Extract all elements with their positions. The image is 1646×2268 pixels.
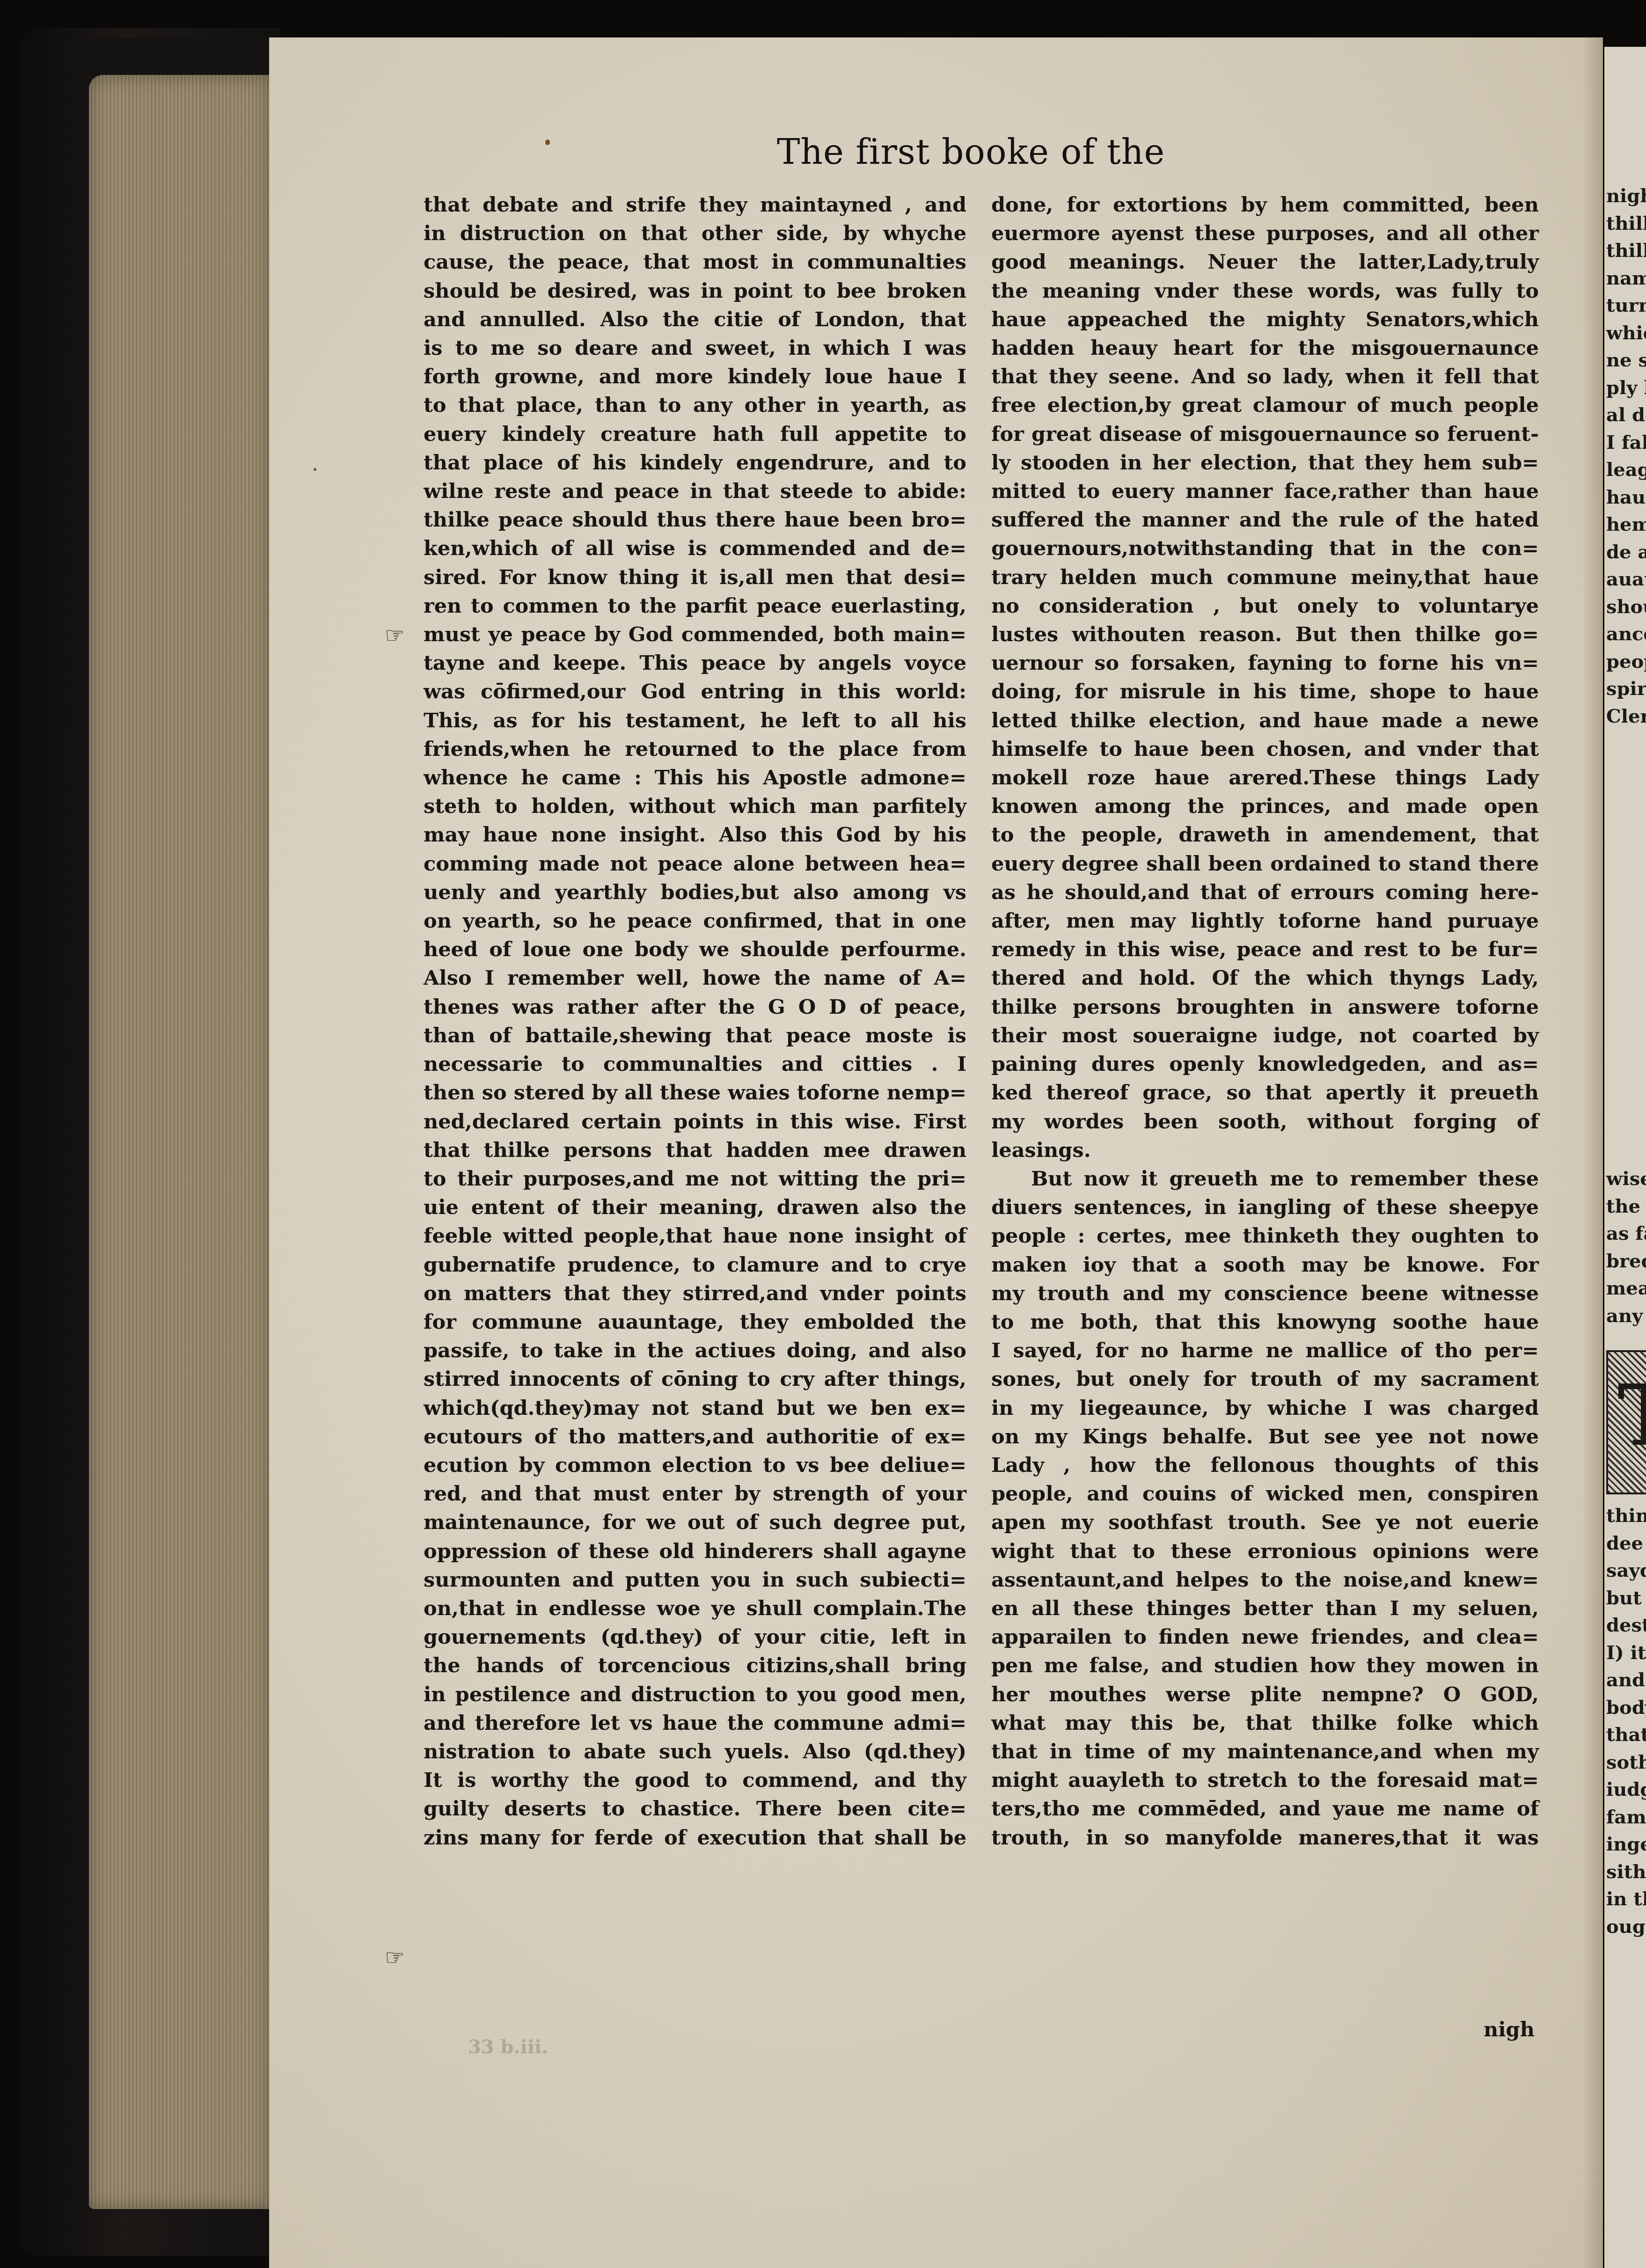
adjacent-page-line-fragment: fames in t — [1604, 1804, 1646, 1831]
adjacent-page-line-fragment: any measu — [1604, 1302, 1646, 1330]
adjacent-page-line-fragment: dest thou h — [1604, 1612, 1646, 1639]
text-line: that thilke persons that hadden mee draw… — [424, 1136, 966, 1165]
text-line: people : certes, mee thinketh they ought… — [991, 1222, 1539, 1251]
text-line: the hands of torcencious citizins,shall … — [424, 1652, 966, 1680]
adjacent-page-line-fragment: which thi — [1604, 320, 1646, 347]
text-line: wilne reste and peace in that steede to … — [424, 477, 966, 506]
adjacent-page-line-fragment: thilke peo — [1604, 210, 1646, 238]
text-line: ked thereof grace, so that apertly it pr… — [991, 1079, 1539, 1107]
adjacent-page-line-fragment: name of b — [1604, 265, 1646, 293]
text-line: on my Kings behalfe. But see yee not now… — [991, 1423, 1539, 1451]
woodcut-initial-letter: T — [1617, 1366, 1646, 1465]
text-line: uie entent of their meaning, drawen also… — [424, 1193, 966, 1222]
text-line: that they seene. And so lady, when it fe… — [991, 363, 1539, 391]
text-line: thilke peace should thus there haue been… — [424, 506, 966, 534]
text-line: paining dures openly knowledgeden, and a… — [991, 1050, 1539, 1079]
text-line: euery kindely creature hath full appetit… — [424, 420, 966, 449]
text-line: their most soueraigne iudge, not coarted… — [991, 1022, 1539, 1050]
manicule-pointing-hand-icon: ☞ — [385, 1945, 405, 1971]
text-line: ecution by common election to vs bee del… — [424, 1451, 966, 1480]
adjacent-page-line-fragment: and other — [1604, 1667, 1646, 1694]
text-line: to me both, that this knowyng soothe hau… — [991, 1308, 1539, 1337]
text-line: to the people, draweth in amendement, th… — [991, 821, 1539, 849]
text-line: and therefore let vs haue the commune ad… — [424, 1709, 966, 1738]
text-line: than of battaile,shewing that peace most… — [424, 1022, 966, 1050]
text-line: what may this be, that thilke folke whic… — [991, 1709, 1539, 1738]
text-line: gouernours,notwithstanding that in the c… — [991, 534, 1539, 563]
adjacent-page-text-after-initial: thing, whidee (qd. I)sayd, han Ibut what… — [1604, 1502, 1646, 1940]
text-line: the meaning vnder these words, was fully… — [991, 277, 1539, 306]
text-line: mitted to euery manner face,rather than … — [991, 477, 1539, 506]
text-line: might auayleth to stretch to the foresai… — [991, 1766, 1539, 1795]
text-line: free election,by great clamour of much p… — [991, 391, 1539, 420]
text-line: forth growne, and more kindely loue haue… — [424, 363, 966, 391]
text-line: to that place, than to any other in year… — [424, 391, 966, 420]
text-line: on,that in endlesse woe ye shull complai… — [424, 1595, 966, 1623]
page-block-edges — [89, 75, 271, 2209]
text-line: sired. For know thing it is,all men that… — [424, 563, 966, 592]
text-line: for commune auauntage, they embolded the — [424, 1308, 966, 1337]
text-line: thenes was rather after the G O D of pea… — [424, 993, 966, 1022]
adjacent-page-line-fragment: I false hau — [1604, 429, 1646, 457]
text-line: no consideration , but onely to voluntar… — [991, 592, 1539, 621]
adjacent-page-line-fragment: dee (qd. I) — [1604, 1530, 1646, 1558]
text-line: mokell roze haue arered.These things Lad… — [991, 764, 1539, 792]
text-line: necessarie to communalties and citties .… — [424, 1050, 966, 1079]
adjacent-page-line-fragment: sayd, han I — [1604, 1557, 1646, 1585]
text-line: my trouth and my conscience beene witnes… — [991, 1280, 1539, 1308]
adjacent-page-line-fragment: that Mar — [1604, 1721, 1646, 1749]
text-line: after, men may lightly toforne hand puru… — [991, 907, 1539, 936]
adjacent-page-line-fragment: nigh in e — [1604, 183, 1646, 210]
text-line: thered and hold. Of the which thyngs Lad… — [991, 964, 1539, 993]
text-line: ken,which of all wise is commended and d… — [424, 534, 966, 563]
right-text-column: done, for extortions by hem committed, b… — [991, 191, 1539, 1852]
text-line: Lady , how the fellonous thoughts of thi… — [991, 1451, 1539, 1480]
adjacent-page-text-bottom: wise haue tthe false saas fast as Dbrede… — [1604, 1165, 1646, 1330]
adjacent-page-line-fragment: brede, till — [1604, 1248, 1646, 1275]
text-line: as he should,and that of errours coming … — [991, 878, 1539, 907]
text-line: in distruction on that other side, by wh… — [424, 219, 966, 248]
adjacent-page-line-fragment: sothnesse o — [1604, 1749, 1646, 1777]
text-line: wight that to these erronious opinions w… — [991, 1537, 1539, 1566]
text-line: in my liegeaunce, by whiche I was charge… — [991, 1394, 1539, 1423]
adjacent-page-line-fragment: hem selfe: a — [1604, 511, 1646, 539]
adjacent-page-line-fragment: wise haue t — [1604, 1165, 1646, 1193]
text-line: euery degree shall been ordained to stan… — [991, 850, 1539, 878]
text-line: comming made not peace alone between hea… — [424, 850, 966, 878]
adjacent-page-line-fragment: ne saiyng — [1604, 347, 1646, 374]
adjacent-page-line-fragment: ance, But — [1604, 621, 1646, 648]
text-line: apparailen to finden newe friendes, and … — [991, 1623, 1539, 1652]
adjacent-page-line-fragment: iudge tru — [1604, 1776, 1646, 1804]
adjacent-page-line-fragment: inges mo — [1604, 1831, 1646, 1858]
text-line: ren to commen to the parfit peace euerla… — [424, 592, 966, 621]
text-line: ly stooden in her election, that they he… — [991, 449, 1539, 477]
text-line: then so stered by all these waies toforn… — [424, 1079, 966, 1107]
adjacent-page-line-fragment: but what — [1604, 1585, 1646, 1612]
woodcut-initial-illustration: T — [1606, 1350, 1646, 1494]
adjacent-page-line-fragment: I) it is we — [1604, 1639, 1646, 1667]
text-line: feeble witted people,that haue none insi… — [424, 1222, 966, 1251]
text-line: assentaunt,and helpes to the noise,and k… — [991, 1566, 1539, 1595]
adjacent-recto-page-edge: nigh in ethilke peothilke conname of btu… — [1604, 47, 1646, 2268]
adjacent-page-line-fragment: haue thilke — [1604, 484, 1646, 512]
adjacent-page-line-fragment: should I le — [1604, 593, 1646, 621]
text-line: ters,tho me commēded, and yaue me name o… — [991, 1795, 1539, 1823]
text-line: good meanings. Neuer the latter,Lady,tru… — [991, 248, 1539, 277]
text-line: her mouthes werse plite nempne? O GOD, — [991, 1681, 1539, 1709]
text-line: suffered the manner and the rule of the … — [991, 506, 1539, 534]
adjacent-page-line-fragment: thilke con — [1604, 237, 1646, 265]
text-line: heed of loue one body we shoulde perfour… — [424, 936, 966, 964]
manicule-pointing-hand-icon: ☞ — [385, 622, 405, 649]
text-line: whence he came : This his Apostle admone… — [424, 764, 966, 792]
text-line: nistration to abate such yuels. Also (qd… — [424, 1738, 966, 1766]
adjacent-page-line-fragment: auaunt no — [1604, 566, 1646, 593]
text-line: must ye peace by God commended, both mai… — [424, 621, 966, 649]
text-line: ned,declared certain points in this wise… — [424, 1108, 966, 1136]
text-line: on matters that they stirred,and vnder p… — [424, 1280, 966, 1308]
text-line: oppression of these old hinderers shall … — [424, 1537, 966, 1566]
text-line: should be desired, was in point to bee b… — [424, 277, 966, 306]
text-line: friends,when he retourned to the place f… — [424, 735, 966, 764]
ink-speck — [314, 468, 316, 471]
catchword: nigh — [1484, 2018, 1535, 2041]
text-line: cause, the peace, that most in communalt… — [424, 248, 966, 277]
text-line: which(qd.they)may not stand but we ben e… — [424, 1394, 966, 1423]
adjacent-page-line-fragment: spired mat — [1604, 675, 1646, 703]
text-line: letted thilke election, and haue made a … — [991, 707, 1539, 735]
adjacent-page-line-fragment: al doings — [1604, 402, 1646, 429]
text-line: people, and couins of wicked men, conspi… — [991, 1480, 1539, 1508]
running-head: The first booke of the — [777, 132, 1165, 172]
adjacent-page-line-fragment: de also La — [1604, 539, 1646, 566]
text-line: uenly and yearthly bodies,but also among… — [424, 878, 966, 907]
text-line: stirred innocents of cōning to cry after… — [424, 1365, 966, 1394]
text-line: in pestilence and distruction to you goo… — [424, 1681, 966, 1709]
text-line: euermore ayenst these purposes, and all … — [991, 219, 1539, 248]
adjacent-page-line-fragment: leaged not — [1604, 456, 1646, 484]
text-line: remedy in this wise, peace and rest to b… — [991, 936, 1539, 964]
gutter-shadow — [1582, 37, 1603, 2268]
adjacent-page-line-fragment: ought to — [1604, 1913, 1646, 1941]
text-line: himselfe to haue been chosen, and vnder … — [991, 735, 1539, 764]
adjacent-page-line-fragment: sithen tho — [1604, 1858, 1646, 1886]
text-line: passife, to take in the actiues doing, a… — [424, 1337, 966, 1365]
text-line: apen my soothfast trouth. See ye not eue… — [991, 1508, 1539, 1537]
text-line: maken ioy that a sooth may be knowe. For — [991, 1251, 1539, 1280]
text-line: I sayed, for no harme ne mallice of tho … — [991, 1337, 1539, 1365]
text-line: my wordes been sooth, without forging of — [991, 1108, 1539, 1136]
text-line: maintenaunce, for we out of such degree … — [424, 1508, 966, 1537]
text-line: to their purposes,and me not witting the… — [424, 1165, 966, 1193]
adjacent-page-line-fragment: meane,and — [1604, 1275, 1646, 1302]
adjacent-page-line-fragment: turned the — [1604, 292, 1646, 320]
text-line: done, for extortions by hem committed, b… — [991, 191, 1539, 219]
text-line: doing, for misrule in his time, shope to… — [991, 678, 1539, 706]
text-line: sones, but onely for trouth of my sacram… — [991, 1365, 1539, 1394]
text-line: diuers sentences, in iangling of these s… — [991, 1193, 1539, 1222]
text-line: pen me false, and studien how they mowen… — [991, 1652, 1539, 1680]
text-line: may haue none insight. Also this God by … — [424, 821, 966, 849]
text-line: But now it greueth me to remember these — [991, 1165, 1539, 1193]
text-line: that debate and strife they maintayned ,… — [424, 191, 966, 219]
show-through-signature: 33 b.iii. — [468, 2036, 548, 2058]
adjacent-page-line-fragment: the false sa — [1604, 1193, 1646, 1221]
text-line: for great disease of misgouernaunce so f… — [991, 420, 1539, 449]
text-line: was cōfirmed,our God entring in this wor… — [424, 678, 966, 706]
text-line: hadden heauy heart for the misgouernaunc… — [991, 334, 1539, 363]
text-line: surmounten and putten you in such subiec… — [424, 1566, 966, 1595]
text-line: haue appeached the mighty Senators,which — [991, 306, 1539, 334]
adjacent-page-line-fragment: in thy pre — [1604, 1886, 1646, 1913]
text-line: tayne and keepe. This peace by angels vo… — [424, 649, 966, 678]
text-line: It is worthy the good to commend, and th… — [424, 1766, 966, 1795]
left-text-column: that debate and strife they maintayned ,… — [424, 191, 966, 1852]
text-line: trouth, in so manyfolde maneres,that it … — [991, 1824, 1539, 1852]
text-line: that place of his kindely engendrure, an… — [424, 449, 966, 477]
text-line: lustes withouten reason. But then thilke… — [991, 621, 1539, 649]
adjacent-page-line-fragment: people for — [1604, 648, 1646, 676]
adjacent-page-line-fragment: as fast as D — [1604, 1220, 1646, 1248]
adjacent-page-line-fragment: body so la — [1604, 1694, 1646, 1722]
text-line: This, as for his testament, he left to a… — [424, 707, 966, 735]
adjacent-page-line-fragment: ply her old — [1604, 374, 1646, 402]
text-line: gubernatife prudence, to clamure and to … — [424, 1251, 966, 1280]
text-line: on yearth, so he peace confirmed, that i… — [424, 907, 966, 936]
text-line: that in time of my maintenance,and when … — [991, 1738, 1539, 1766]
text-line: ecutours of tho matters,and authoritie o… — [424, 1423, 966, 1451]
adjacent-page-text-top: nigh in ethilke peothilke conname of btu… — [1604, 183, 1646, 730]
text-line: guilty deserts to chastice. There been c… — [424, 1795, 966, 1823]
text-line: zins many for ferde of execution that sh… — [424, 1824, 966, 1852]
text-line: leasings. — [991, 1136, 1539, 1165]
text-line: trary helden much commune meiny,that hau… — [991, 563, 1539, 592]
text-line: en all these thinges better than I my se… — [991, 1595, 1539, 1623]
text-line: red, and that must enter by strength of … — [424, 1480, 966, 1508]
text-line: uernour so forsaken, fayning to forne hi… — [991, 649, 1539, 678]
adjacent-page-line-fragment: Clerkes I — [1604, 703, 1646, 731]
text-line: Also I remember well, howe the name of A… — [424, 964, 966, 993]
foxing-spot — [545, 139, 550, 145]
text-line: is to me so deare and sweet, in which I … — [424, 334, 966, 363]
text-line: gouernements (qd.they) of your citie, le… — [424, 1623, 966, 1652]
text-line: knowen among the princes, and made open — [991, 792, 1539, 821]
text-line: steth to holden, without which man parfi… — [424, 792, 966, 821]
adjacent-page-line-fragment: thing, whi — [1604, 1502, 1646, 1530]
text-line: and annulled. Also the citie of London, … — [424, 306, 966, 334]
text-line: thilke persons broughten in answere tofo… — [991, 993, 1539, 1022]
